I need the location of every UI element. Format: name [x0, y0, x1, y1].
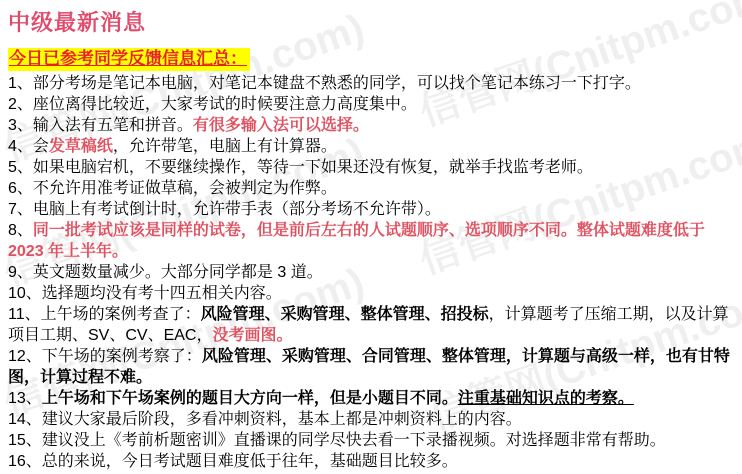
- text-segment: 发草稿纸: [49, 138, 113, 155]
- list-item: 7、电脑上有考试倒计时，允许带手表（部分考场不允许带）。: [8, 199, 734, 220]
- list-item: 3、输入法有五笔和拼音。有很多输入法可以选择。: [8, 115, 734, 136]
- list-item: 14、建议大家最后阶段，多看冲刺资料，基本上都是冲刺资料上的内容。: [8, 409, 734, 430]
- text-segment: 上午场和下午场案例的题目大方向一样，但是小题目不同。: [42, 390, 458, 407]
- text-segment: 9、英文题数量减少。大部分同学都是 3 道。: [8, 264, 323, 281]
- document-content: 中级最新消息 今日已参考同学反馈信息汇总： 1、部分考场是笔记本电脑，对笔记本键…: [0, 0, 742, 472]
- text-segment: 15、建议没上《考前析题密训》直播课的同学尽快去看一下录播视频。对选择题非常有帮…: [8, 432, 666, 449]
- list-item: 8、同一批考试应该是同样的试卷，但是前后左右的人试题顺序、选项顺序不同。整体试题…: [8, 220, 734, 262]
- text-segment: ，允许带笔，电脑上有计算器。: [113, 138, 337, 155]
- text-segment: 3、输入法有五笔和拼音。: [8, 117, 193, 134]
- text-segment: 7、电脑上有考试倒计时，允许带手表（部分考场不允许带）。: [8, 201, 441, 218]
- text-segment: 5、如果电脑宕机，不要继续操作，等待一下如果还没有恢复，就举手找监考老师。: [8, 159, 593, 176]
- list-item: 1、部分考场是笔记本电脑，对笔记本键盘不熟悉的同学，可以找个笔记本练习一下打字。: [8, 73, 734, 94]
- list-item: 13、上午场和下午场案例的题目大方向一样，但是小题目不同。注重基础知识点的考察。: [8, 388, 734, 409]
- text-segment: 注重基础知识点的考察。: [458, 390, 634, 407]
- text-segment: 有很多输入法可以选择。: [193, 117, 369, 134]
- text-segment: 风险管理、采购管理、整体管理、招投标: [201, 306, 489, 323]
- text-segment: 8、: [8, 222, 33, 239]
- text-segment: 1、部分考场是笔记本电脑，对笔记本键盘不熟悉的同学，可以找个笔记本练习一下打字。: [8, 75, 641, 92]
- text-segment: 12、下午场的案例考察了：: [8, 348, 202, 365]
- text-segment: 16、总的来说，今日考试题目难度低于往年，基础题目比较多。: [8, 453, 458, 470]
- list-item: 16、总的来说，今日考试题目难度低于往年，基础题目比较多。: [8, 451, 734, 472]
- list-item: 11、上午场的案例考查了：风险管理、采购管理、整体管理、招投标，计算题考了压缩工…: [8, 304, 734, 346]
- text-segment: 6、不允许用准考证做草稿，会被判定为作弊。: [8, 180, 337, 197]
- feedback-list: 1、部分考场是笔记本电脑，对笔记本键盘不熟悉的同学，可以找个笔记本练习一下打字。…: [8, 73, 734, 472]
- text-segment: 10、选择题均没有考十四五相关内容。: [8, 285, 282, 302]
- list-item: 12、下午场的案例考察了：风险管理、采购管理、合同管理、整体管理，计算题与高级一…: [8, 346, 734, 388]
- text-segment: 没考画图。: [212, 327, 292, 344]
- list-item: 10、选择题均没有考十四五相关内容。: [8, 283, 734, 304]
- text-segment: 同一批考试应该是同样的试卷，但是前后左右的人试题顺序、选项顺序不同。整体试题难度…: [8, 222, 709, 260]
- text-segment: 4、会: [8, 138, 49, 155]
- list-item: 9、英文题数量减少。大部分同学都是 3 道。: [8, 262, 734, 283]
- page-title: 中级最新消息: [8, 10, 734, 36]
- headline-row: 今日已参考同学反馈信息汇总：: [8, 48, 734, 71]
- list-item: 15、建议没上《考前析题密训》直播课的同学尽快去看一下录播视频。对选择题非常有帮…: [8, 430, 734, 451]
- list-item: 6、不允许用准考证做草稿，会被判定为作弊。: [8, 178, 734, 199]
- text-segment: 2、座位离得比较近，大家考试的时候要注意力高度集中。: [8, 96, 417, 113]
- list-item: 2、座位离得比较近，大家考试的时候要注意力高度集中。: [8, 94, 734, 115]
- list-item: 4、会发草稿纸，允许带笔，电脑上有计算器。: [8, 136, 734, 157]
- headline-highlighted: 今日已参考同学反馈信息汇总：: [8, 48, 250, 71]
- list-item: 5、如果电脑宕机，不要继续操作，等待一下如果还没有恢复，就举手找监考老师。: [8, 157, 734, 178]
- text-segment: 11、上午场的案例考查了：: [8, 306, 201, 323]
- text-segment: 14、建议大家最后阶段，多看冲刺资料，基本上都是冲刺资料上的内容。: [8, 411, 522, 428]
- text-segment: 13、: [8, 390, 42, 407]
- document-page: { "page": { "title": "中级最新消息", "headline…: [0, 0, 742, 474]
